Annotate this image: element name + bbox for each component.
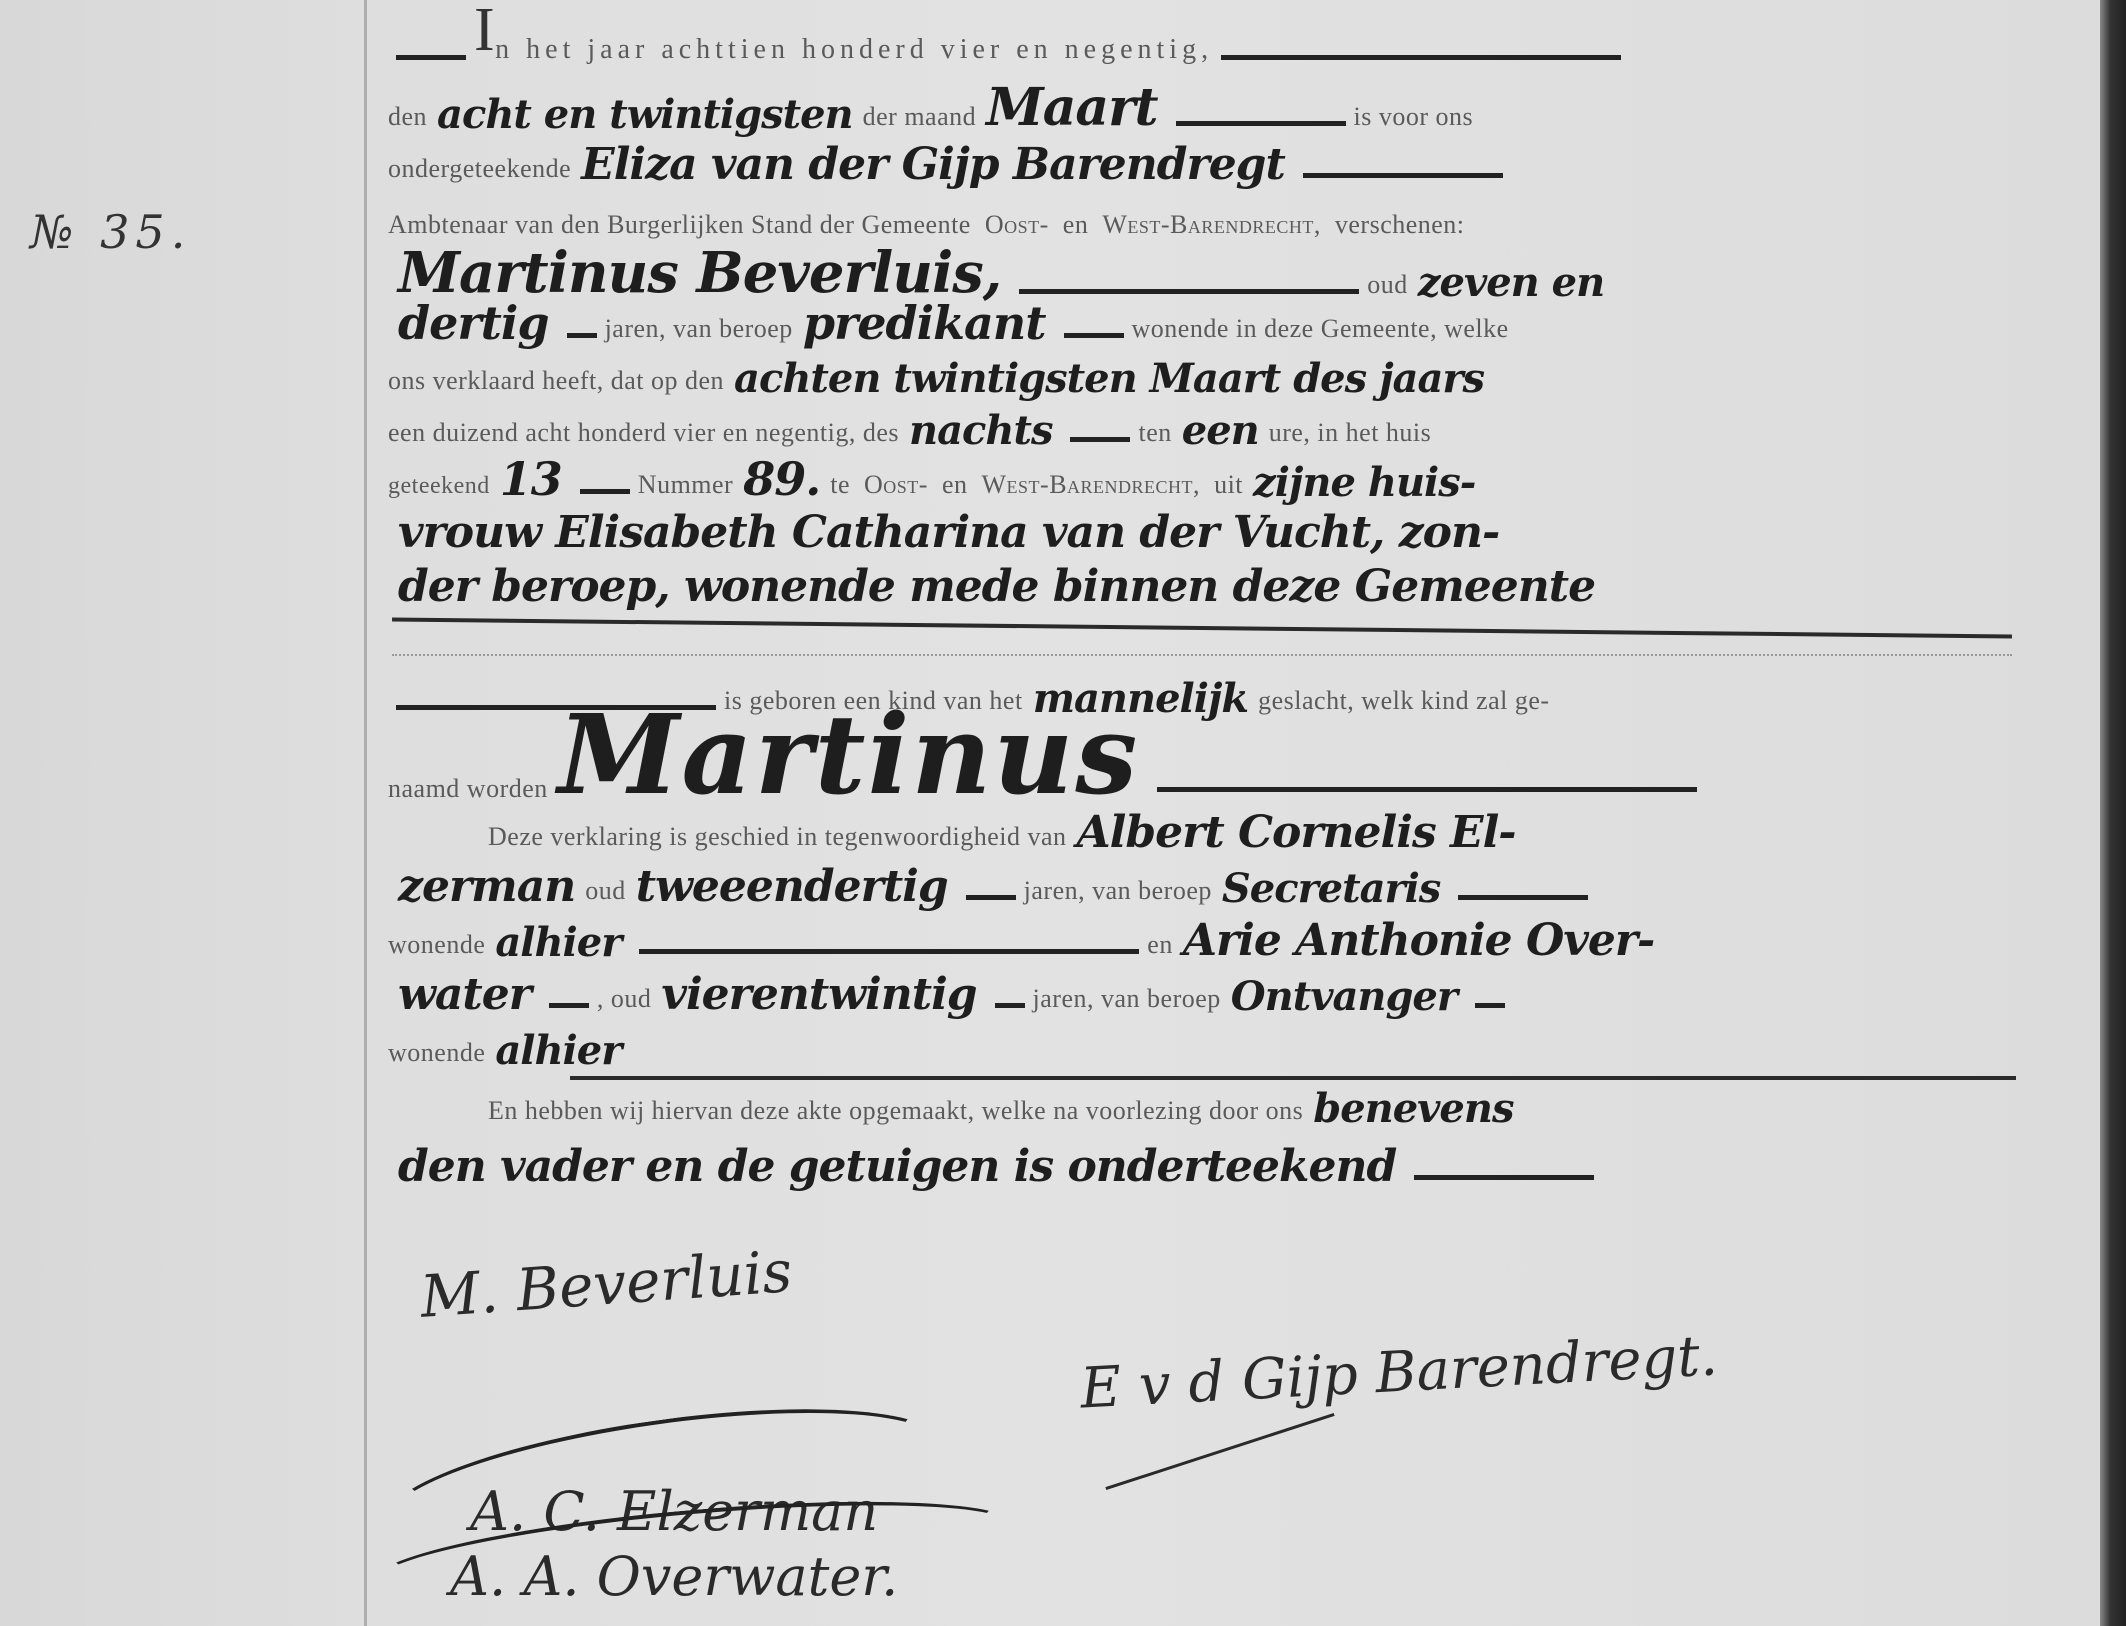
handwritten-witness2-name: Arie Anthonie Over- xyxy=(1173,915,1665,966)
numero-sign: № xyxy=(30,205,80,259)
handwritten-witness1-residence: alhier xyxy=(485,919,631,966)
handwritten-month: Maart xyxy=(976,77,1167,138)
filler-dash xyxy=(966,895,1016,900)
printed-text: wonende in deze Gemeente, welke xyxy=(1132,314,1509,350)
filler-dash xyxy=(1475,1003,1505,1008)
line-11: der beroep, wonende mede binnen deze Gem… xyxy=(388,562,2028,612)
printed-text: geteekend xyxy=(388,473,490,506)
handwritten-witness1-occupation: Secretaris xyxy=(1212,865,1450,912)
printed-text: Nummer xyxy=(638,470,733,506)
filler-dash xyxy=(1414,1175,1594,1180)
handwritten-witness2-age: vierentwintig xyxy=(651,969,986,1020)
printed-text: jaren, van beroep xyxy=(1024,876,1212,912)
line-7: ons verklaard heeft, dat op den achten t… xyxy=(388,352,2028,402)
margin-rule xyxy=(364,0,367,1626)
printed-text: en xyxy=(942,470,968,506)
filler-dash xyxy=(567,333,597,338)
handwritten-house-letter: 13 xyxy=(490,452,572,506)
handwritten-registrar-name: Eliza van der Gijp Barendregt xyxy=(571,139,1295,190)
line-10: vrouw Elisabeth Catharina van der Vucht,… xyxy=(388,508,2028,558)
printed-text: Deze verklaring is geschied in tegenwoor… xyxy=(488,822,1067,858)
line-1: I n het jaar achttien honderd vier en ne… xyxy=(388,22,2028,72)
handwritten-witness1-surname: zerman xyxy=(388,861,585,912)
handwritten-house-number: 89. xyxy=(733,452,830,506)
line-18: wonende alhier xyxy=(388,1024,2028,1074)
printed-text: wonende xyxy=(388,930,485,966)
line-19: En hebben wij hiervan deze akte opgemaak… xyxy=(388,1082,2028,1132)
book-page-edge xyxy=(2100,0,2126,1626)
handwritten-witness1-age: tweeendertig xyxy=(626,861,958,912)
handwritten-mother-residence: der beroep, wonende mede binnen deze Gem… xyxy=(388,561,1605,612)
printed-text: is voor ons xyxy=(1354,102,1474,138)
printed-text: een duizend acht honderd vier en negenti… xyxy=(388,418,899,454)
line-9: geteekend 13 Nummer 89. te Oost- en West… xyxy=(388,456,2028,506)
handwritten-day: acht en twintigsten xyxy=(427,91,863,138)
line-17: water , oud vierentwintig jaren, van ber… xyxy=(388,970,2028,1020)
handwritten-text: benevens xyxy=(1303,1085,1523,1132)
handwritten-witness2-occupation: Ontvanger xyxy=(1221,973,1467,1020)
record-number: № 35. xyxy=(30,205,191,259)
printed-text: den xyxy=(388,102,427,138)
line-16: wonende alhier en Arie Anthonie Over- xyxy=(388,916,2028,966)
printed-text: jaren, van beroep xyxy=(1033,984,1221,1020)
printed-text: ure, in het huis xyxy=(1269,418,1432,454)
handwritten-child-name: Martinus xyxy=(548,700,1149,810)
handwritten-witness2-residence: alhier xyxy=(485,1027,631,1074)
filler-dash xyxy=(580,489,630,494)
printed-text: jaren, van beroep xyxy=(605,314,793,350)
line-20: den vader en de getuigen is onderteekend xyxy=(388,1142,2028,1192)
line-3: ondergeteekende Eliza van der Gijp Baren… xyxy=(388,140,2028,190)
printed-text: te xyxy=(830,470,850,506)
line-15: zerman oud tweeendertig jaren, van beroe… xyxy=(388,862,2028,912)
printed-text: En hebben wij hiervan deze akte opgemaak… xyxy=(488,1096,1303,1132)
filler-dash xyxy=(1176,121,1346,126)
strike-line xyxy=(570,1076,2016,1080)
filler-dash xyxy=(639,949,1139,954)
filler-dash xyxy=(1458,895,1588,900)
handwritten-hour: een xyxy=(1172,407,1269,454)
handwritten-witness1-name: Albert Cornelis El- xyxy=(1067,807,1526,858)
handwritten-closing: den vader en de getuigen is onderteekend xyxy=(388,1141,1406,1192)
filler-dash xyxy=(1019,289,1359,294)
printed-text: Oost- xyxy=(864,470,928,506)
filler-dash xyxy=(1064,333,1124,338)
line-5: Martinus Beverluis, oud zeven en xyxy=(388,240,2028,306)
handwritten-mother-name: vrouw Elisabeth Catharina van der Vucht,… xyxy=(388,507,1509,558)
handwritten-occupation: predikant xyxy=(793,296,1056,350)
dotted-guide xyxy=(392,654,2012,656)
filler-dash xyxy=(1303,173,1503,178)
printed-text: en xyxy=(1147,930,1173,966)
printed-text: naamd worden xyxy=(388,774,548,810)
line-13: naamd worden Martinus xyxy=(388,700,2028,810)
line-8: een duizend acht honderd vier en negenti… xyxy=(388,404,2028,454)
handwritten-text: zijne huis- xyxy=(1243,459,1485,506)
printed-text: n het jaar achttien honderd vier en nege… xyxy=(495,34,1213,72)
handwritten-age: dertig xyxy=(388,296,559,350)
filler-dash xyxy=(1157,787,1697,792)
handwritten-birth-date: achten twintigsten Maart des jaars xyxy=(724,355,1494,402)
filler-dash xyxy=(1221,55,1621,60)
handwritten-witness2-surname: water xyxy=(388,969,541,1020)
handwritten-age: zeven en xyxy=(1408,259,1614,306)
printed-text: uit xyxy=(1214,470,1243,506)
line-2: den acht en twintigsten der maand Maart … xyxy=(388,88,2028,138)
line-14: Deze verklaring is geschied in tegenwoor… xyxy=(388,808,2028,858)
filler-dash xyxy=(549,1003,589,1008)
filler-dash xyxy=(1070,437,1130,442)
printed-text: ondergeteekende xyxy=(388,154,571,190)
filler-dash xyxy=(995,1003,1025,1008)
drop-cap: I xyxy=(474,0,495,72)
printed-text: wonende xyxy=(388,1038,485,1074)
printed-text: West-Barendrecht, xyxy=(982,470,1201,506)
printed-text: ten xyxy=(1138,418,1171,454)
record-number-value: 35. xyxy=(100,205,191,259)
printed-text: ons verklaard heeft, dat op den xyxy=(388,366,724,402)
printed-text: oud xyxy=(585,876,626,912)
printed-text: , oud xyxy=(597,984,652,1020)
line-4: Ambtenaar van den Burgerlijken Stand der… xyxy=(388,196,2028,246)
printed-text: der maand xyxy=(863,102,977,138)
filler-dash xyxy=(396,55,466,60)
handwritten-time-of-day: nachts xyxy=(899,407,1062,454)
line-6: dertig jaren, van beroep predikant wonen… xyxy=(388,300,2028,350)
